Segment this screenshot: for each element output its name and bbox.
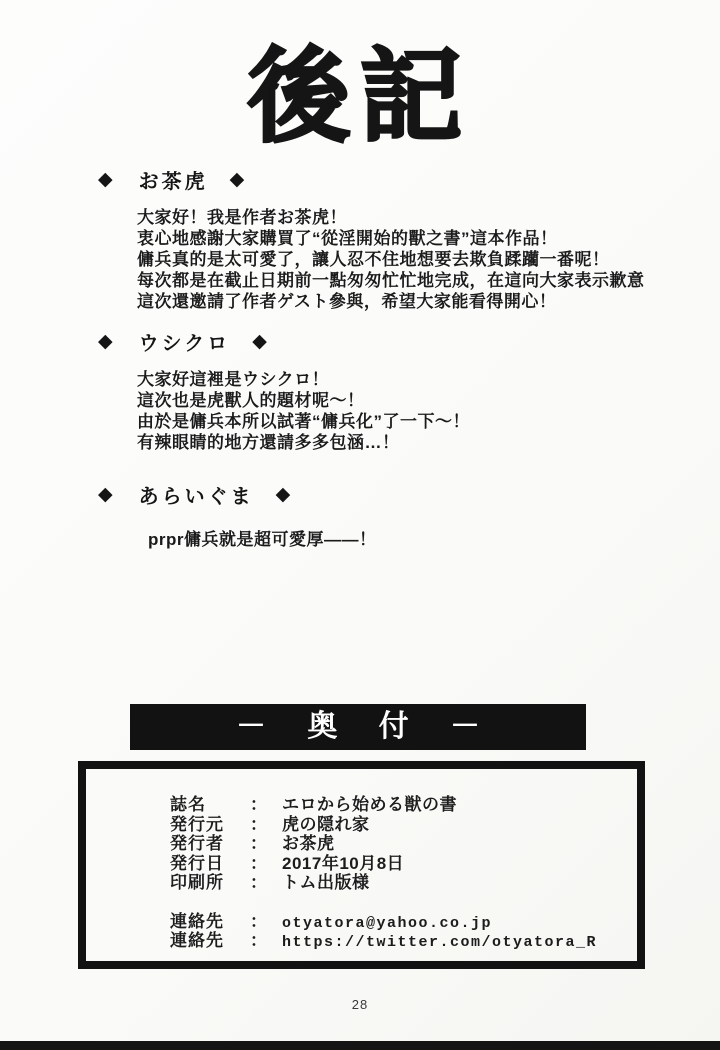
section-line: 衷心地感謝大家購買了“從淫開始的獸之書”這本作品！ [137,228,645,249]
section-line: 這次也是虎獸人的題材呢～！ [137,390,470,411]
diamond-icon: ◆ [276,483,291,506]
section-line: 有辣眼睛的地方還請多多包涵…！ [137,432,470,453]
section-line: 傭兵真的是太可愛了，讓人忍不住地想要去欺負蹂躪一番呢！ [137,249,645,270]
colophon-label: 連絡先 [170,926,250,951]
colophon-row-email: 連絡先 ： otyatora@yahoo.co.jp [170,907,637,927]
section-body: prpr傭兵就是超可愛厚——！ [148,529,377,550]
section-header: ◆ ウシクロ ◆ [98,327,470,356]
colophon-colon: ： [250,926,282,951]
section-otyatora: ◆ お茶虎 ◆ 大家好！我是作者お茶虎！ 衷心地感謝大家購買了“從淫開始的獸之書… [98,165,645,312]
section-body: 大家好！我是作者お茶虎！ 衷心地感謝大家購買了“從淫開始的獸之書”這本作品！ 傭… [137,207,645,312]
diamond-icon: ◆ [98,330,113,353]
colophon-row: 発行日 ： 2017年10月8日 [170,849,637,869]
section-author-name: ウシクロ [139,327,231,356]
section-line: 由於是傭兵本所以試著“傭兵化”了一下～！ [137,411,470,432]
section-line: prpr傭兵就是超可愛厚——！ [148,529,377,550]
section-ushikuro: ◆ ウシクロ ◆ 大家好這裡是ウシクロ！ 這次也是虎獸人的題材呢～！ 由於是傭兵… [98,327,470,453]
page-number: 28 [0,997,720,1012]
colophon-banner: － 奥 付 － [130,704,586,750]
contact-twitter-url: https://twitter.com/otyatora_R [282,934,597,951]
section-header: ◆ あらいぐま ◆ [98,480,377,509]
colophon-row: 発行者 ： お茶虎 [170,829,637,849]
section-line: 這次還邀請了作者ゲスト參與，希望大家能看得開心！ [137,291,645,312]
section-line: 每次都是在截止日期前一點匆匆忙忙地完成，在這向大家表示歉意 [137,270,645,291]
page-title: 後記 [0,16,720,162]
colophon-box: 誌名 ： エロから始める獣の書 発行元 ： 虎の隠れ家 発行者 ： お茶虎 発行… [78,761,645,969]
contact-email: otyatora@yahoo.co.jp [282,915,492,932]
colophon-label: 印刷所 [170,868,250,893]
diamond-icon: ◆ [230,168,245,191]
section-header: ◆ お茶虎 ◆ [98,165,645,194]
section-line: 大家好這裡是ウシクロ！ [137,369,470,390]
afterword-page: 後記 ◆ お茶虎 ◆ 大家好！我是作者お茶虎！ 衷心地感謝大家購買了“從淫開始的… [0,0,720,1050]
section-body: 大家好這裡是ウシクロ！ 這次也是虎獸人的題材呢～！ 由於是傭兵本所以試著“傭兵化… [137,369,470,453]
section-line: 大家好！我是作者お茶虎！ [137,207,645,228]
section-author-name: お茶虎 [139,165,208,194]
colophon-value: トム出版様 [282,868,370,893]
diamond-icon: ◆ [252,330,267,353]
section-author-name: あらいぐま [139,480,254,509]
diamond-icon: ◆ [98,168,113,191]
colophon-colon: ： [250,868,282,893]
colophon-row: 誌名 ： エロから始める獣の書 [170,790,637,810]
section-araiguma: ◆ あらいぐま ◆ prpr傭兵就是超可愛厚——！ [98,480,377,550]
diamond-icon: ◆ [98,483,113,506]
scan-edge-strip [0,1041,720,1050]
colophon-rows: 誌名 ： エロから始める獣の書 発行元 ： 虎の隠れ家 発行者 ： お茶虎 発行… [86,769,637,946]
